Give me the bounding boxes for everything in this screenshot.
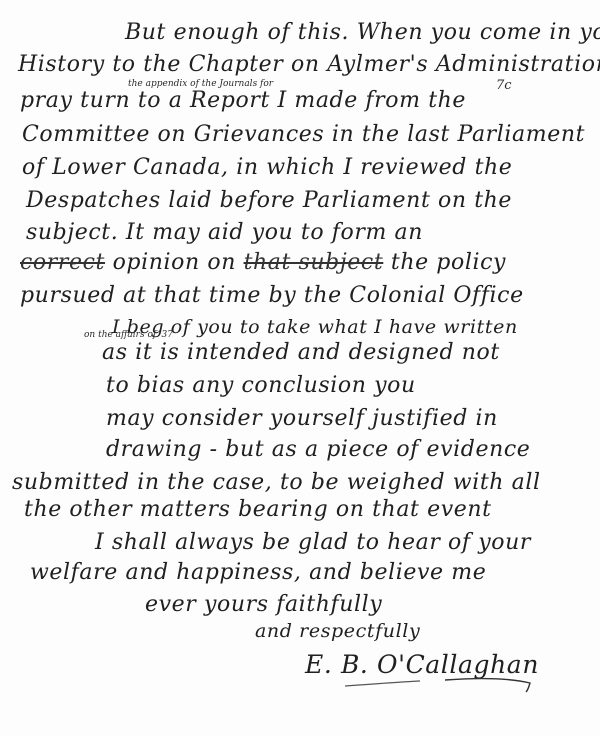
letter-page: But enough of this. When you come in you… [0, 0, 600, 736]
signature-flourish [0, 0, 600, 736]
